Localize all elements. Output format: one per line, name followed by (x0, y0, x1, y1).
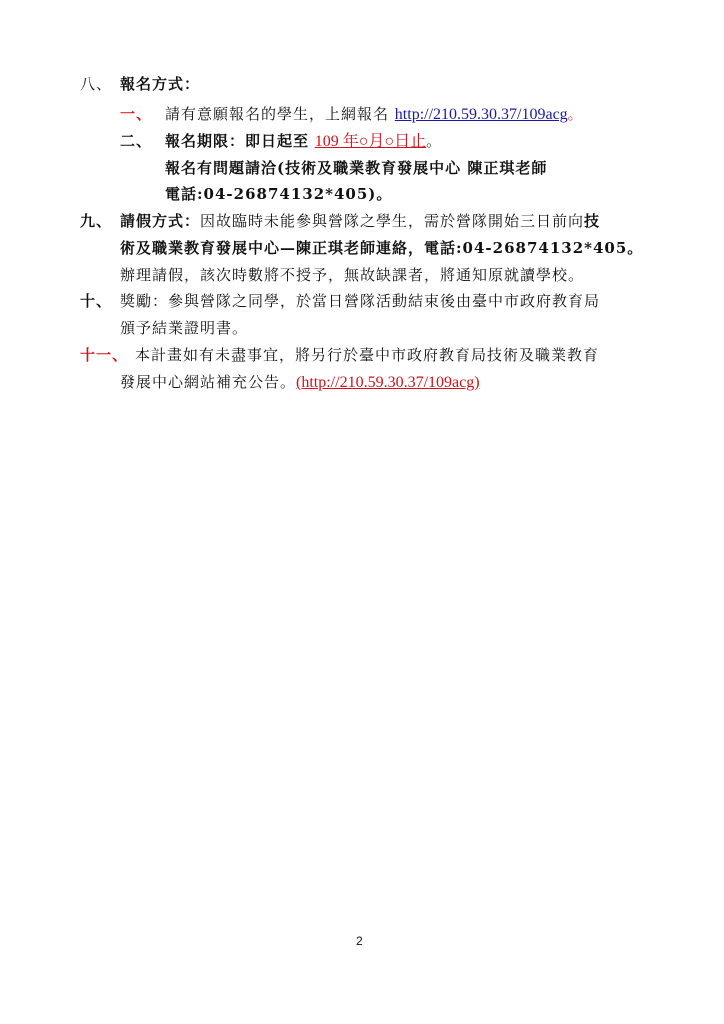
section11-number: 十一、 (80, 345, 135, 365)
section9-line3: 辦理請假，該次時數將不授予，無故缺課者，將通知原就讀學校。 (120, 265, 584, 285)
section10-text1: 獎勵：參與營隊之同學，於當日營隊活動結束後由臺中市政府教育局 (120, 292, 600, 310)
registration-link[interactable]: http://210.59.30.37/109acg (395, 106, 568, 123)
section10-line2: 頒予結業證明書。 (120, 318, 248, 338)
section8-item1: 一、請有意願報名的學生，上網報名 http://210.59.30.37/109… (120, 104, 584, 125)
section8-heading: 八、報名方式： (80, 74, 200, 94)
section9-text1: 因故臨時未能參與營隊之學生，需於營隊開始三日前向 (200, 212, 584, 230)
deadline-text: 109 年○月○日止 (315, 133, 426, 150)
item2-number: 二、 (120, 131, 165, 151)
section9-number: 九、 (80, 211, 120, 231)
section9-text1-bold: 技 (584, 212, 600, 230)
section11-text1: 本計畫如有未盡事宜，將另行於臺中市政府教育局技術及職業教育 (135, 346, 599, 364)
section8-item2: 二、報名期限：即日起至 109 年○月○日止。 (120, 131, 442, 152)
section11-line2: 發展中心網站補充公告。(http://210.59.30.37/109acg) (120, 372, 480, 393)
section11-line1: 十一、本計畫如有未盡事宜，將另行於臺中市政府教育局技術及職業教育 (80, 345, 599, 365)
item2-contact-line1: 報名有問題請洽(技術及職業教育發展中心 陳正琪老師 (165, 158, 547, 178)
section10-line1: 十、獎勵：參與營隊之同學，於當日營隊活動結束後由臺中市政府教育局 (80, 291, 600, 311)
section8-number: 八、 (80, 74, 120, 94)
announcement-link[interactable]: (http://210.59.30.37/109acg) (296, 374, 480, 391)
item1-number: 一、 (120, 104, 165, 124)
section9-line2: 術及職業教育發展中心—陳正琪老師連絡，電話:04-26874132*405。 (120, 238, 643, 258)
section11-text2: 發展中心網站補充公告。 (120, 373, 296, 391)
section9-label: 請假方式： (120, 212, 200, 230)
item2-end: 。 (426, 132, 442, 150)
section10-number: 十、 (80, 291, 120, 311)
item2-contact-line2: 電話:04-26874132*405)。 (165, 184, 392, 204)
item1-end: 。 (568, 105, 584, 123)
item2-label: 報名期限：即日起至 (165, 132, 309, 150)
page-number: 2 (356, 934, 363, 948)
item1-text: 請有意願報名的學生，上網報名 (165, 105, 389, 123)
section8-title: 報名方式： (120, 75, 200, 93)
section9-line1: 九、請假方式：因故臨時未能參與營隊之學生，需於營隊開始三日前向技 (80, 211, 600, 231)
